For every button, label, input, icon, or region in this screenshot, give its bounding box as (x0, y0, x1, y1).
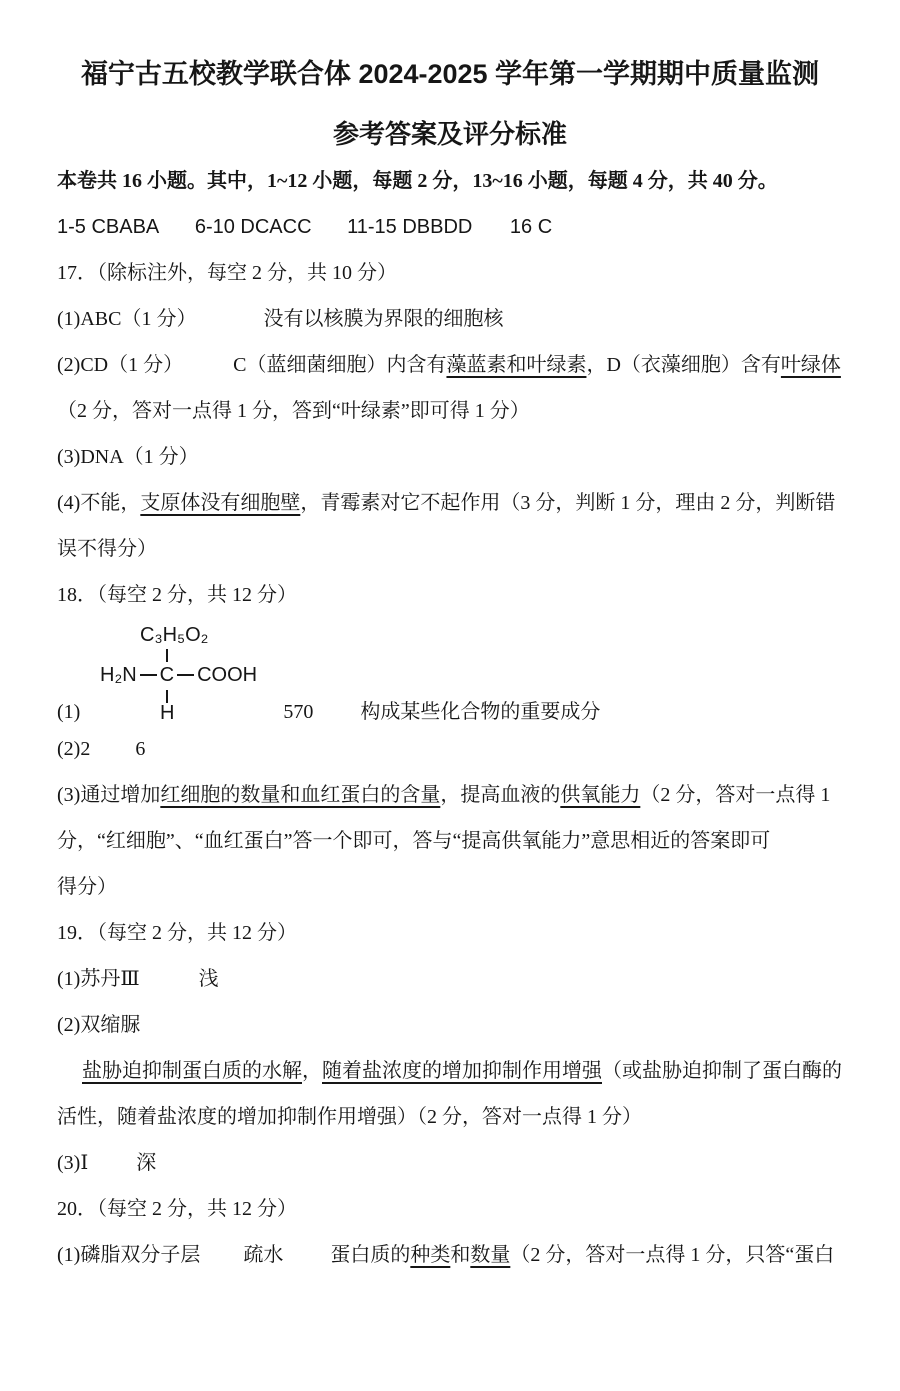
underlined-answer: 红细胞的数量和血红蛋白的含量 (160, 784, 440, 806)
choice-answer-key-row: 1-5 CBABA 6-10 DCACC 11-15 DBBDD 16 C (57, 204, 843, 250)
substituent-group-formula: C₃H₅O₂ (140, 624, 208, 646)
q18-header: 18．（每空 2 分，共 12 分） (57, 572, 843, 618)
underlined-answer: 种类 (410, 1244, 450, 1266)
document-title: 福宁古五校教学联合体 2024-2025 学年第一学期期中质量监测 (57, 56, 843, 92)
q17-answer-2-note: （2 分，答对一点得 1 分，答到“叶绿素”即可得 1 分） (57, 388, 843, 434)
q19-answer-2-cont: 盐胁迫抑制蛋白质的水解，随着盐浓度的增加抑制作用增强（或盐胁迫抑制了蛋白酶的 (57, 1048, 843, 1094)
bond-line (177, 674, 194, 676)
q19-answer-3: (3)Ⅰ 深 (57, 1140, 843, 1186)
underlined-answer: 数量 (470, 1244, 510, 1266)
q17-answer-4-cont: 误不得分） (57, 526, 843, 572)
alpha-carbon: C (160, 664, 174, 686)
q19-answer-2-end: 活性，随着盐浓度的增加抑制作用增强）（2 分，答对一点得 1 分） (57, 1094, 843, 1140)
bond-line (166, 649, 168, 662)
choice-key-6-10: 6-10 DCACC (195, 216, 312, 238)
q19-answer-1: (1)苏丹Ⅲ 浅 (57, 956, 843, 1002)
q20-answer-1: (1)磷脂双分子层 疏水 蛋白质的种类和数量（2 分，答对一点得 1 分，只答“… (57, 1232, 843, 1278)
q18-answer-3-end: 得分） (57, 864, 843, 910)
underlined-answer: 藻蓝素和叶绿素 (446, 354, 586, 376)
q18-structure-block: C₃H₅O₂ H₂N C COOH H (1) 570 构成某些化合物的重要成分 (57, 624, 843, 726)
document-subtitle: 参考答案及评分标准 (57, 116, 843, 152)
amino-group: H₂N (100, 664, 137, 686)
underlined-answer: 盐胁迫抑制蛋白质的水解 (82, 1060, 302, 1082)
q17-answer-1: (1)ABC（1 分） 没有以核膜为界限的细胞核 (57, 296, 843, 342)
underlined-answer: 支原体没有细胞壁 (140, 492, 300, 514)
q17-header: 17．（除标注外，每空 2 分，共 10 分） (57, 250, 843, 296)
q18-answer-3: (3)通过增加红细胞的数量和血红蛋白的含量，提高血液的供氧能力（2 分，答对一点… (57, 772, 843, 818)
carboxyl-group: COOH (197, 664, 257, 686)
underlined-answer: 供氧能力 (560, 784, 640, 806)
q17-answer-2: (2)CD（1 分） C（蓝细菌细胞）内含有藻蓝素和叶绿素，D（衣藻细胞）含有叶… (57, 342, 843, 388)
scoring-intro-line: 本卷共 16 小题。其中，1~12 小题，每题 2 分，13~16 小题，每题 … (57, 158, 843, 204)
choice-key-1-5: 1-5 CBABA (57, 216, 159, 238)
answer-key-document: 福宁古五校教学联合体 2024-2025 学年第一学期期中质量监测 参考答案及评… (0, 0, 900, 1391)
bond-line (140, 674, 157, 676)
choice-key-16: 16 C (510, 216, 552, 238)
q19-answer-2: (2)双缩脲 (57, 1002, 843, 1048)
q18-answer-1: (1) 570 构成某些化合物的重要成分 (57, 700, 600, 724)
underlined-answer: 叶绿体 (781, 354, 841, 376)
q18-answer-2: (2)2 6 (57, 726, 843, 772)
q17-answer-4: (4)不能，支原体没有细胞壁，青霉素对它不起作用（3 分，判断 1 分，理由 2… (57, 480, 843, 526)
q20-header: 20．（每空 2 分，共 12 分） (57, 1186, 843, 1232)
q17-answer-3: (3)DNA（1 分） (57, 434, 843, 480)
q19-header: 19．（每空 2 分，共 12 分） (57, 910, 843, 956)
underlined-answer: 随着盐浓度的增加抑制作用增强 (322, 1060, 602, 1082)
q18-answer-3-cont: 分，“红细胞”、“血红蛋白”答一个即可，答与“提高供氧能力”意思相近的答案即可 (57, 818, 843, 864)
structure-backbone: H₂N C COOH (100, 664, 257, 686)
choice-key-11-15: 11-15 DBBDD (347, 216, 472, 238)
